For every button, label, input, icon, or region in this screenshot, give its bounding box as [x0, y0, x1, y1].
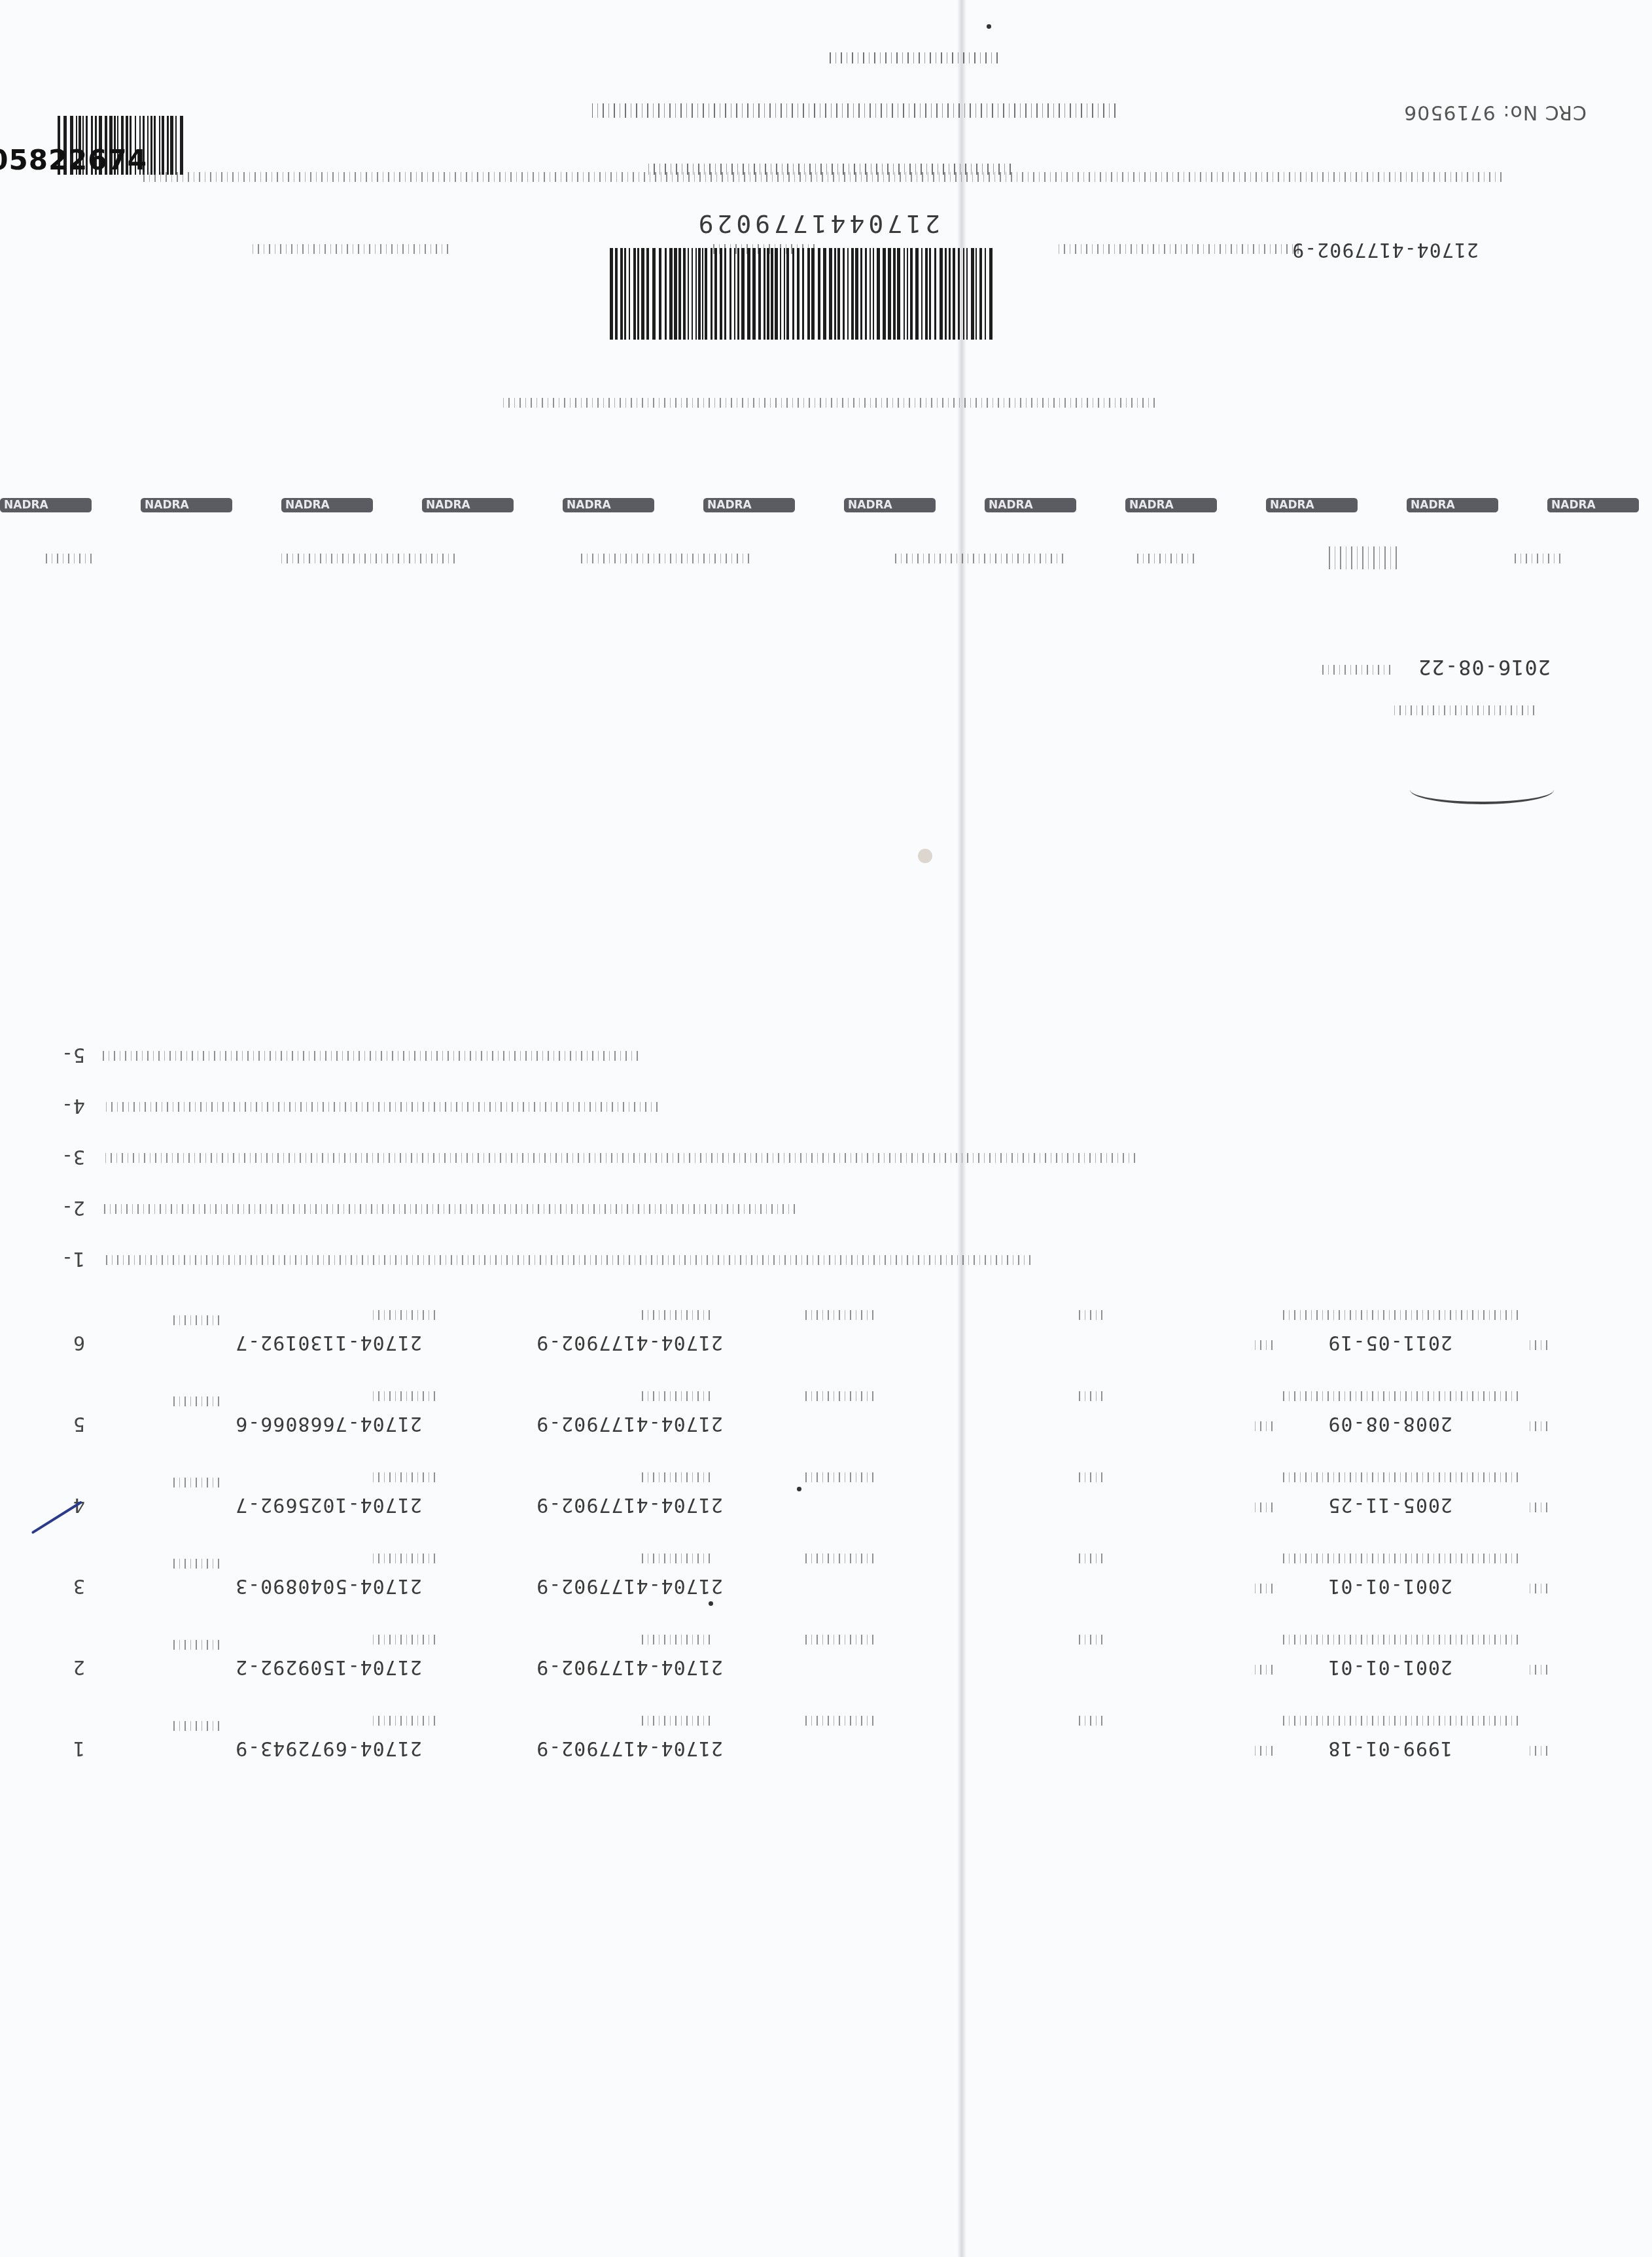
nadra-watermark-chip: NADRA	[281, 498, 373, 512]
barcode-bar	[829, 248, 832, 340]
member-marital	[1528, 1740, 1547, 1760]
barcode-bar	[747, 248, 750, 340]
member-name	[370, 1385, 435, 1405]
note-text	[101, 1096, 658, 1116]
col-header-name-dob	[1325, 533, 1397, 578]
certificate-title-line-2	[592, 95, 1116, 124]
serial-number: P05822674	[0, 144, 147, 176]
barcode-bar	[802, 248, 804, 340]
member-head-cnic: 21704-4177902-9	[536, 1574, 723, 1597]
scan-speck	[709, 1601, 713, 1606]
registrar-title	[1390, 700, 1534, 719]
scan-stain	[918, 849, 932, 863]
row-number: 6	[73, 1331, 85, 1354]
member-relation	[173, 1391, 219, 1410]
member-head-cnic: 21704-4177902-9	[536, 1331, 723, 1354]
barcode-bar	[823, 248, 826, 340]
note-number-text: 2	[73, 1196, 85, 1219]
certificate-title-line-1	[828, 46, 998, 68]
member-date: 2001-01-01	[1327, 1656, 1452, 1679]
note-item: 5-	[0, 1032, 1652, 1071]
barcode-bar	[767, 248, 769, 340]
barcode-bar	[847, 248, 849, 340]
barcode-bar	[688, 248, 689, 340]
footer-legal-notice	[141, 166, 1502, 186]
barcode-bar	[883, 248, 886, 340]
registrar-signature-block	[1364, 713, 1560, 817]
row-number: 2	[73, 1656, 85, 1679]
barcode-bar	[925, 248, 928, 340]
member-father-name	[638, 1629, 710, 1648]
member-date: 2008-08-09	[1327, 1412, 1452, 1435]
col-header-head-cnic	[579, 548, 749, 567]
nadra-watermark-chip: NADRA	[1125, 498, 1217, 512]
barcode-bar	[865, 248, 868, 340]
nadra-watermark-chip: NADRA	[844, 498, 936, 512]
barcode-bar	[624, 248, 627, 340]
member-head-cnic: 21704-4177902-9	[536, 1656, 723, 1679]
barcode-bar	[629, 248, 630, 340]
barcode-bar	[669, 248, 673, 340]
barcode-bar	[786, 248, 789, 340]
barcode-bar	[734, 248, 735, 340]
row-number: 5	[73, 1412, 85, 1435]
note-number: 4-	[62, 1094, 85, 1117]
barcode-bar	[989, 248, 993, 340]
member-relation	[173, 1634, 219, 1654]
barcode-bar	[737, 248, 739, 340]
barcode-bar	[714, 248, 717, 340]
barcode-bar	[683, 248, 686, 340]
head-cnic-label	[1057, 238, 1299, 258]
barcode-bar	[797, 248, 800, 340]
member-relation	[173, 1309, 219, 1329]
barcode-bar	[979, 248, 982, 340]
nadra-watermark-chip: NADRA	[1547, 498, 1639, 512]
note-number-text: 5	[73, 1043, 85, 1066]
member-date: 2001-01-01	[1327, 1574, 1452, 1597]
barcode-bar	[907, 248, 908, 340]
barcode-bar	[678, 248, 681, 340]
col-header-serial	[46, 548, 92, 567]
barcode-bar	[620, 248, 623, 340]
note-number: 1-	[62, 1247, 85, 1270]
barcode-bar	[855, 248, 858, 340]
crc-number: CRC No: 9719506	[1403, 101, 1587, 124]
member-date: 2011-05-19	[1327, 1331, 1452, 1354]
nadra-watermark-chip: NADRA	[1266, 498, 1358, 512]
barcode-bar	[893, 248, 896, 340]
member-name	[370, 1466, 435, 1486]
barcode-bar	[633, 248, 636, 340]
barcode-bar	[929, 248, 931, 340]
member-head-cnic: 21704-4177902-9	[536, 1412, 723, 1435]
barcode-bar	[764, 248, 765, 340]
nadra-watermark-chip: NADRA	[1407, 498, 1498, 512]
head-cnic: 21704-4177902-9	[1292, 238, 1479, 261]
member-status	[1253, 1659, 1273, 1679]
crc-label: CRC No:	[1502, 101, 1587, 124]
member-cnic: 21704-1025692-7	[235, 1493, 422, 1516]
member-address	[1282, 1304, 1518, 1324]
barcode-bar	[702, 248, 703, 340]
note-text	[101, 1249, 1030, 1269]
barcode-bar	[659, 248, 661, 340]
barcode-bar	[780, 248, 781, 340]
col-header-cnic	[278, 548, 455, 567]
note-number: 2-	[62, 1196, 85, 1219]
member-religion	[801, 1304, 873, 1324]
barcode-bar	[940, 248, 943, 340]
barcode-bar	[615, 248, 618, 340]
note-number: 5-	[62, 1043, 85, 1066]
member-gender	[1076, 1710, 1102, 1730]
member-head-cnic: 21704-4177902-9	[536, 1737, 723, 1760]
table-row: 6 21704-1130192-7 21704-4177902-9 2011-0…	[0, 1295, 1652, 1367]
barcode-bar	[897, 248, 900, 340]
table-row: 1 21704-6972943-9 21704-4177902-9 1999-0…	[0, 1701, 1652, 1773]
barcode-bar	[921, 248, 923, 340]
barcode-bar	[963, 248, 964, 340]
barcode-bar	[637, 248, 639, 340]
barcode-bar	[646, 248, 649, 340]
member-status	[1253, 1415, 1273, 1435]
barcode-bar	[695, 248, 697, 340]
barcode-bar	[910, 248, 913, 340]
note-item: 4-	[0, 1083, 1652, 1122]
member-status	[1253, 1497, 1273, 1516]
member-father-name	[638, 1710, 710, 1730]
issue-date-label	[1318, 659, 1390, 679]
barcode-bar	[837, 248, 840, 340]
member-gender	[1076, 1548, 1102, 1567]
member-status	[1253, 1740, 1273, 1760]
barcode-bar	[971, 248, 974, 340]
nadra-watermark-chip: NADRA	[703, 498, 795, 512]
member-date: 1999-01-18	[1327, 1737, 1452, 1760]
nadra-security-strip: NADRANADRANADRANADRANADRANADRANADRANADRA…	[0, 490, 1652, 516]
barcode-bar	[610, 248, 613, 340]
member-cnic: 21704-7668066-6	[235, 1412, 422, 1435]
barcode-bar	[934, 248, 936, 340]
member-status	[1253, 1578, 1273, 1597]
member-cnic: 21704-1130192-7	[235, 1331, 422, 1354]
registrar-signature	[1410, 775, 1554, 804]
nadra-watermark-chip: NADRA	[985, 498, 1076, 512]
note-number: 3-	[62, 1145, 85, 1168]
member-religion	[801, 1548, 873, 1567]
barcode-bar	[692, 248, 693, 340]
note-item: 2-	[0, 1185, 1652, 1224]
member-name	[370, 1548, 435, 1567]
barcode-bar	[949, 248, 951, 340]
barcode-bar	[945, 248, 947, 340]
nadra-watermark-chip: NADRA	[422, 498, 514, 512]
barcode-bar	[724, 248, 726, 340]
table-row: 2 21704-1509292-2 21704-4177902-9 2001-0…	[0, 1620, 1652, 1692]
member-father-name	[638, 1385, 710, 1405]
member-date: 2005-11-25	[1327, 1493, 1452, 1516]
member-relation	[173, 1472, 219, 1491]
barcode-bar	[888, 248, 891, 340]
member-address	[1282, 1629, 1518, 1648]
member-name	[370, 1629, 435, 1648]
barcode-bar	[752, 248, 756, 340]
barcode-bar	[665, 248, 667, 340]
member-relation	[173, 1715, 219, 1735]
note-number-text: 1	[73, 1247, 85, 1270]
member-father-name	[638, 1548, 710, 1567]
barcode-bar	[985, 248, 986, 340]
member-address	[1282, 1385, 1518, 1405]
table-row: 4 21704-1025692-7 21704-4177902-9 2005-1…	[0, 1457, 1652, 1529]
member-father-name	[638, 1466, 710, 1486]
row-number: 3	[73, 1574, 85, 1597]
member-address	[1282, 1710, 1518, 1730]
member-gender	[1076, 1466, 1102, 1486]
member-name	[370, 1304, 435, 1324]
barcode-bar	[958, 248, 960, 340]
member-religion	[801, 1710, 873, 1730]
barcode-bar	[729, 248, 731, 340]
member-religion	[801, 1385, 873, 1405]
barcode-bar	[652, 248, 656, 340]
nadra-watermark-chip: NADRA	[141, 498, 232, 512]
col-header-relation	[1515, 548, 1560, 567]
barcode-bar	[904, 248, 905, 340]
barcode-bar	[807, 248, 810, 340]
barcode-bar	[775, 248, 778, 340]
barcode-bar	[771, 248, 773, 340]
member-relation	[173, 1553, 219, 1573]
col-header-relation-cnic	[893, 548, 1063, 567]
footer-barcode	[606, 248, 993, 340]
nadra-watermark-chip: NADRA	[0, 498, 92, 512]
row-number: 1	[73, 1737, 85, 1760]
barcode-bar	[784, 248, 786, 340]
barcode-bar	[953, 248, 955, 340]
member-cnic: 21704-6972943-9	[235, 1737, 422, 1760]
note-text	[101, 1147, 1135, 1167]
scanned-certificate-page: P05822674 CRC No: 9719506 21704-4177902-…	[0, 0, 1652, 2257]
barcode-bar	[860, 248, 862, 340]
note-text	[101, 1198, 795, 1218]
member-address	[1282, 1466, 1518, 1486]
member-name	[370, 1710, 435, 1730]
note-text	[101, 1045, 638, 1065]
barcode-bar	[741, 248, 745, 340]
barcode-bar	[792, 248, 794, 340]
barcode-bar	[873, 248, 874, 340]
note-item: 3-	[0, 1134, 1652, 1173]
barcode-bar	[975, 248, 977, 340]
member-father-name	[638, 1304, 710, 1324]
footer-instruction	[501, 392, 1155, 412]
barcode-bar	[877, 248, 880, 340]
note-number-text: 4	[73, 1094, 85, 1117]
barcode-bar	[870, 248, 871, 340]
crc-value: 9719506	[1403, 101, 1496, 124]
nadra-watermark-chip: NADRA	[563, 498, 654, 512]
note-number-text: 3	[73, 1145, 85, 1168]
barcode-bar	[818, 248, 820, 340]
barcode-bar	[705, 248, 708, 340]
barcode-bar	[720, 248, 722, 340]
barcode-bar	[843, 248, 845, 340]
table-row: 3 21704-5040890-3 21704-4177902-9 2001-0…	[0, 1538, 1652, 1610]
member-status	[1253, 1334, 1273, 1354]
member-head-cnic: 21704-4177902-9	[536, 1493, 723, 1516]
note-item: 1-	[0, 1236, 1652, 1275]
member-religion	[801, 1466, 873, 1486]
barcode-bar	[851, 248, 854, 340]
scan-speck	[797, 1487, 801, 1491]
barcode-bar	[811, 248, 815, 340]
member-marital	[1528, 1497, 1547, 1516]
issue-date: 2016-08-22	[1418, 655, 1551, 680]
head-father-label	[252, 238, 448, 258]
member-address	[1282, 1548, 1518, 1567]
barcode-bar	[966, 248, 968, 340]
member-cnic: 21704-5040890-3	[235, 1574, 422, 1597]
col-header-gender	[1135, 548, 1194, 567]
scan-speck	[987, 24, 991, 29]
barcode-bar	[641, 248, 644, 340]
barcode-bar	[915, 248, 919, 340]
member-marital	[1528, 1659, 1547, 1679]
member-marital	[1528, 1334, 1547, 1354]
member-religion	[801, 1629, 873, 1648]
barcode-bar	[758, 248, 761, 340]
member-cnic: 21704-1509292-2	[235, 1656, 422, 1679]
member-gender	[1076, 1629, 1102, 1648]
member-marital	[1528, 1415, 1547, 1435]
barcode-bar	[711, 248, 712, 340]
member-marital	[1528, 1578, 1547, 1597]
footer-barcode-number: 2170441779029	[695, 209, 940, 238]
barcode-bar	[698, 248, 701, 340]
member-gender	[1076, 1385, 1102, 1405]
member-gender	[1076, 1304, 1102, 1324]
table-row: 5 21704-7668066-6 21704-4177902-9 2008-0…	[0, 1376, 1652, 1448]
barcode-bar	[674, 248, 677, 340]
barcode-bar	[834, 248, 836, 340]
